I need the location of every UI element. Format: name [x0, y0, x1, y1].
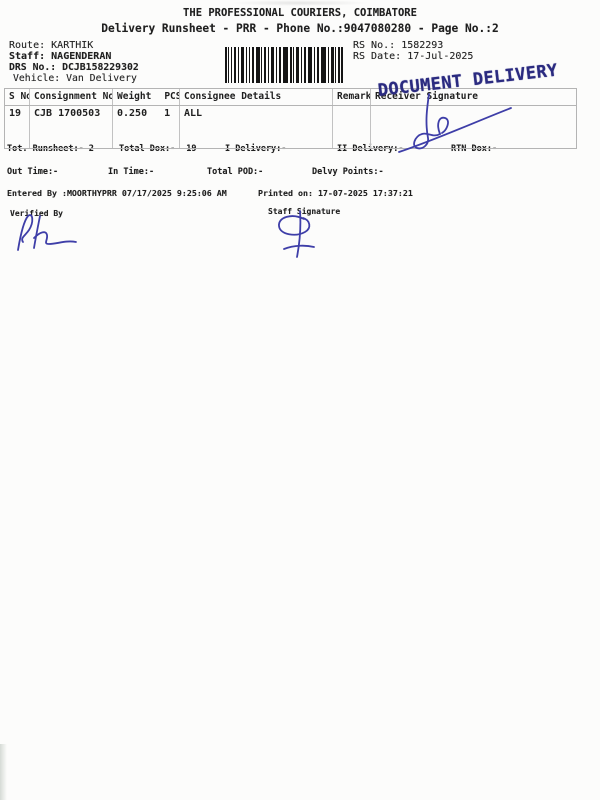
scan-smudge	[230, 0, 370, 6]
cell-pcs: 1	[164, 108, 170, 148]
receiver-signature	[395, 88, 515, 156]
drs-no-line: DRS No.: DCJB158229302	[9, 62, 139, 73]
verified-by-signature	[10, 212, 80, 254]
total-pod: Total POD:-	[207, 167, 268, 177]
in-time: In Time:-	[108, 167, 159, 177]
col-header-weight: Weight	[117, 91, 151, 105]
out-time-label: Out Time:-	[7, 167, 58, 177]
cell-remarks	[333, 106, 371, 148]
in-time-label: In Time:-	[108, 167, 154, 177]
route-line: Route: KARTHIK	[9, 40, 93, 51]
cell-s-no: 19	[5, 106, 30, 148]
route-label: Route:	[9, 40, 45, 51]
col-header-consignee: Consignee Details	[180, 89, 333, 105]
cell-consignment-no: CJB 1700503	[30, 106, 113, 148]
staff-line: Staff: NAGENDERAN	[9, 51, 111, 62]
delivery-runsheet-document: THE PROFESSIONAL COURIERS, COIMBATORE De…	[0, 0, 600, 800]
col-header-weight-pcs: Weight PCS	[113, 89, 180, 105]
page-title: THE PROFESSIONAL COURIERS, COIMBATORE	[0, 7, 600, 19]
col-header-s-no: S No	[5, 89, 30, 105]
staff-value: NAGENDERAN	[51, 51, 111, 62]
col-header-consignment-no: Consignment No	[30, 89, 113, 105]
cell-weight: 0.250	[117, 108, 147, 148]
page-subtitle: Delivery Runsheet - PRR - Phone No.:9047…	[0, 22, 600, 35]
col-header-remarks: Remarks	[333, 89, 371, 105]
delvy-points: Delvy Points:-	[312, 167, 389, 177]
staff-signature-scribble	[270, 209, 328, 259]
entered-by-line: Entered By :MOORTHYPRR 07/17/2025 9:25:0…	[7, 188, 227, 198]
total-pod-label: Total POD:-	[207, 167, 263, 177]
printed-on-line: Printed on: 17-07-2025 17:37:21	[258, 188, 413, 198]
rs-no-line: RS No.: 1582293	[353, 40, 443, 51]
rs-date-line: RS Date: 17-Jul-2025	[353, 51, 473, 62]
rs-no-label: RS No.:	[353, 40, 395, 51]
col-header-pcs: PCS	[164, 91, 180, 105]
rs-date-label: RS Date:	[353, 51, 401, 62]
cell-weight-pcs: 0.250 1	[113, 106, 180, 148]
cell-consignee: ALL	[180, 106, 333, 148]
rs-date-value: 17-Jul-2025	[407, 51, 473, 62]
vehicle-line: Vehicle: Van Delivery	[13, 73, 137, 84]
staff-label: Staff:	[9, 51, 45, 62]
vehicle-value: Van Delivery	[66, 73, 137, 84]
rs-barcode	[225, 47, 343, 83]
rs-no-value: 1582293	[401, 40, 443, 51]
vehicle-label: Vehicle:	[13, 73, 60, 84]
scan-edge-strip	[0, 744, 7, 800]
drs-label: DRS No.:	[9, 62, 56, 73]
delvy-points-label: Delvy Points:-	[312, 167, 384, 177]
route-value: KARTHIK	[51, 40, 93, 51]
drs-value: DCJB158229302	[62, 62, 139, 73]
out-time: Out Time:-	[7, 167, 63, 177]
